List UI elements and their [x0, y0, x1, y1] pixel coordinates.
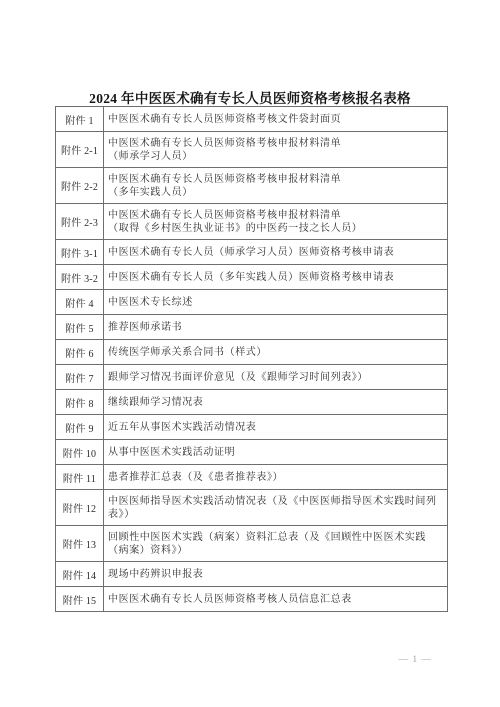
table-row: 附件 2-1 中医医术确有专长人员医师资格考核申报材料清单 （师承学习人员） — [56, 132, 448, 168]
attachment-number: 附件 8 — [56, 390, 104, 415]
attachment-desc: 现场中药辨识申报表 — [104, 562, 448, 587]
page-title: 2024 年中医医术确有专长人员医师资格考核报名表格 — [0, 87, 500, 107]
table-row: 附件 6 传统医学师承关系合同书（样式） — [56, 340, 448, 365]
attachment-number: 附件 13 — [56, 526, 104, 562]
table-row: 附件 3-2 中医医术确有专长人员（多年实践人员）医师资格考核申请表 — [56, 265, 448, 290]
table-row: 附件 3-1 中医医术确有专长人员（师承学习人员）医师资格考核申请表 — [56, 240, 448, 265]
attachment-number: 附件 2-2 — [56, 168, 104, 204]
attachment-desc: 中医医术确有专长人员医师资格考核申报材料清单 （师承学习人员） — [104, 132, 448, 168]
attachments-table: 附件 1 中医医术确有专长人员医师资格考核文件袋封面页 附件 2-1 中医医术确… — [55, 106, 448, 612]
attachment-desc: 推荐医师承诺书 — [104, 315, 448, 340]
table-row: 附件 15 中医医术确有专长人员医师资格考核人员信息汇总表 — [56, 587, 448, 612]
attachment-number: 附件 5 — [56, 315, 104, 340]
attachment-desc: 中医医术确有专长人员（多年实践人员）医师资格考核申请表 — [104, 265, 448, 290]
attachment-number: 附件 10 — [56, 440, 104, 465]
table-row: 附件 4 中医医术专长综述 — [56, 290, 448, 315]
attachment-number: 附件 2-3 — [56, 204, 104, 240]
table-row: 附件 7 跟师学习情况书面评价意见（及《跟师学习时间列表》） — [56, 365, 448, 390]
attachment-number: 附件 9 — [56, 415, 104, 440]
attachment-desc: 继续跟师学习情况表 — [104, 390, 448, 415]
attachment-number: 附件 3-2 — [56, 265, 104, 290]
table-row: 附件 14 现场中药辨识申报表 — [56, 562, 448, 587]
attachment-desc: 中医医术确有专长人员医师资格考核申报材料清单 （取得《乡村医生执业证书》的中医药… — [104, 204, 448, 240]
attachment-number: 附件 11 — [56, 465, 104, 490]
attachment-number: 附件 6 — [56, 340, 104, 365]
table-row: 附件 2-2 中医医术确有专长人员医师资格考核申报材料清单 （多年实践人员） — [56, 168, 448, 204]
attachment-desc: 中医医师指导医术实践活动情况表（及《中医医师指导医术实践时间列表》） — [104, 490, 448, 526]
attachment-desc: 传统医学师承关系合同书（样式） — [104, 340, 448, 365]
table-row: 附件 1 中医医术确有专长人员医师资格考核文件袋封面页 — [56, 107, 448, 132]
attachment-number: 附件 7 — [56, 365, 104, 390]
table-row: 附件 13 回顾性中医医术实践（病案）资料汇总表（及《回顾性中医医术实践（病案）… — [56, 526, 448, 562]
attachment-desc: 中医医术确有专长人员（师承学习人员）医师资格考核申请表 — [104, 240, 448, 265]
attachment-desc: 中医医术确有专长人员医师资格考核人员信息汇总表 — [104, 587, 448, 612]
document-page: 2024 年中医医术确有专长人员医师资格考核报名表格 附件 1 中医医术确有专长… — [0, 0, 500, 707]
attachment-desc: 跟师学习情况书面评价意见（及《跟师学习时间列表》） — [104, 365, 448, 390]
table-row: 附件 9 近五年从事医术实践活动情况表 — [56, 415, 448, 440]
table-row: 附件 10 从事中医医术实践活动证明 — [56, 440, 448, 465]
table-row: 附件 12 中医医师指导医术实践活动情况表（及《中医医师指导医术实践时间列表》） — [56, 490, 448, 526]
attachment-desc: 近五年从事医术实践活动情况表 — [104, 415, 448, 440]
attachment-number: 附件 2-1 — [56, 132, 104, 168]
attachment-number: 附件 1 — [56, 107, 104, 132]
attachment-desc: 患者推荐汇总表（及《患者推荐表》） — [104, 465, 448, 490]
attachment-number: 附件 3-1 — [56, 240, 104, 265]
table-row: 附件 2-3 中医医术确有专长人员医师资格考核申报材料清单 （取得《乡村医生执业… — [56, 204, 448, 240]
attachment-number: 附件 14 — [56, 562, 104, 587]
attachment-desc: 中医医术专长综述 — [104, 290, 448, 315]
attachment-desc: 中医医术确有专长人员医师资格考核申报材料清单 （多年实践人员） — [104, 168, 448, 204]
attachment-number: 附件 15 — [56, 587, 104, 612]
attachment-number: 附件 4 — [56, 290, 104, 315]
table-row: 附件 11 患者推荐汇总表（及《患者推荐表》） — [56, 465, 448, 490]
attachment-number: 附件 12 — [56, 490, 104, 526]
attachment-desc: 从事中医医术实践活动证明 — [104, 440, 448, 465]
page-number: — 1 — — [399, 655, 433, 665]
table-row: 附件 8 继续跟师学习情况表 — [56, 390, 448, 415]
attachment-desc: 中医医术确有专长人员医师资格考核文件袋封面页 — [104, 107, 448, 132]
attachment-desc: 回顾性中医医术实践（病案）资料汇总表（及《回顾性中医医术实践（病案）资料》） — [104, 526, 448, 562]
table-row: 附件 5 推荐医师承诺书 — [56, 315, 448, 340]
